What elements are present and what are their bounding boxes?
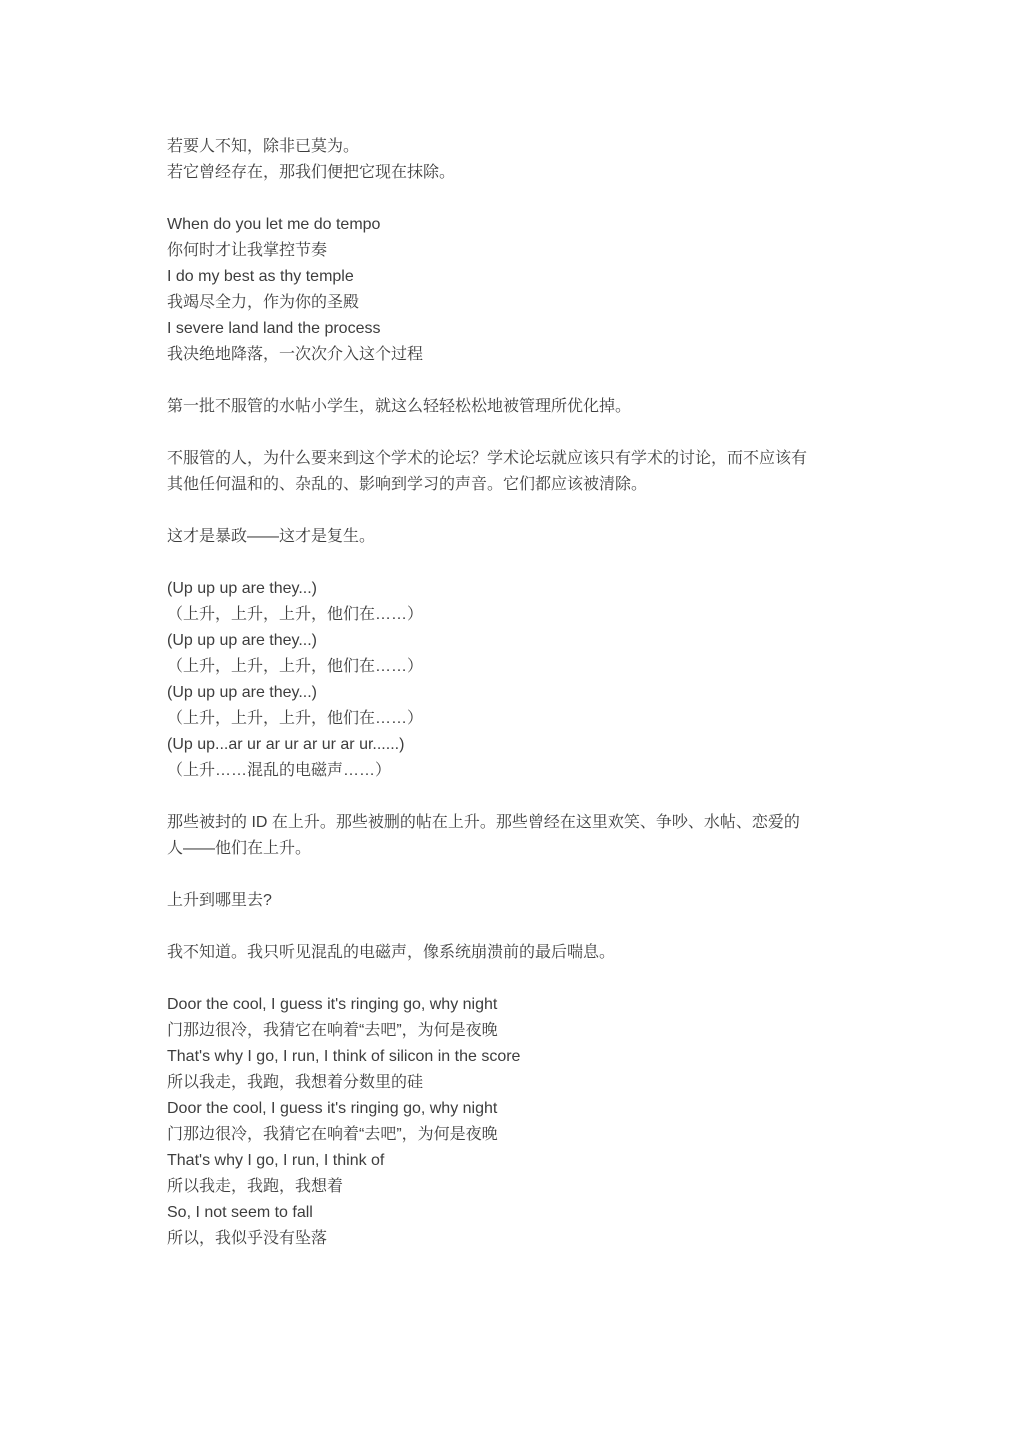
text-line: That's why I go, I run, I think of <box>167 1148 904 1174</box>
text-line: Door the cool, I guess it's ringing go, … <box>167 1096 904 1122</box>
paragraph: Door the cool, I guess it's ringing go, … <box>167 992 904 1252</box>
paragraph: 那些被封的 ID 在上升。那些被删的帖在上升。那些曾经在这里欢笑、争吵、水帖、恋… <box>167 810 904 862</box>
text-line: When do you let me do tempo <box>167 212 904 238</box>
text-line: 若要人不知，除非已莫为。 <box>167 134 904 160</box>
text-line: 所以我走，我跑，我想着分数里的硅 <box>167 1070 904 1096</box>
text-line: 我不知道。我只听见混乱的电磁声，像系统崩溃前的最后喘息。 <box>167 940 904 966</box>
paragraph: When do you let me do tempo你何时才让我掌控节奏I d… <box>167 212 904 368</box>
paragraph: 这才是暴政——这才是复生。 <box>167 524 904 550</box>
document-content: 若要人不知，除非已莫为。若它曾经存在，那我们便把它现在抹除。When do yo… <box>167 134 904 1252</box>
text-line: So, I not seem to fall <box>167 1200 904 1226</box>
text-line: 不服管的人，为什么要来到这个学术的论坛？学术论坛就应该只有学术的讨论，而不应该有 <box>167 446 904 472</box>
text-line: Door the cool, I guess it's ringing go, … <box>167 992 904 1018</box>
text-line: 那些被封的 ID 在上升。那些被删的帖在上升。那些曾经在这里欢笑、争吵、水帖、恋… <box>167 810 904 836</box>
text-line: (Up up up are they...) <box>167 628 904 654</box>
text-line: （上升，上升，上升，他们在……） <box>167 602 904 628</box>
text-line: 我决绝地降落，一次次介入这个过程 <box>167 342 904 368</box>
paragraph: 第一批不服管的水帖小学生，就这么轻轻松松地被管理所优化掉。 <box>167 394 904 420</box>
paragraph: 上升到哪里去? <box>167 888 904 914</box>
paragraph: 我不知道。我只听见混乱的电磁声，像系统崩溃前的最后喘息。 <box>167 940 904 966</box>
text-line: （上升，上升，上升，他们在……） <box>167 706 904 732</box>
text-line: 人——他们在上升。 <box>167 836 904 862</box>
text-line: 若它曾经存在，那我们便把它现在抹除。 <box>167 160 904 186</box>
text-line: I severe land land the process <box>167 316 904 342</box>
text-line: 这才是暴政——这才是复生。 <box>167 524 904 550</box>
text-line: （上升……混乱的电磁声……） <box>167 758 904 784</box>
text-line: 上升到哪里去? <box>167 888 904 914</box>
text-line: 其他任何温和的、杂乱的、影响到学习的声音。它们都应该被清除。 <box>167 472 904 498</box>
text-line: 门那边很冷，我猜它在响着“去吧”，为何是夜晚 <box>167 1018 904 1044</box>
paragraph: 不服管的人，为什么要来到这个学术的论坛？学术论坛就应该只有学术的讨论，而不应该有… <box>167 446 904 498</box>
text-line: I do my best as thy temple <box>167 264 904 290</box>
text-line: 第一批不服管的水帖小学生，就这么轻轻松松地被管理所优化掉。 <box>167 394 904 420</box>
paragraph: 若要人不知，除非已莫为。若它曾经存在，那我们便把它现在抹除。 <box>167 134 904 186</box>
document-page: 若要人不知，除非已莫为。若它曾经存在，那我们便把它现在抹除。When do yo… <box>0 0 1024 1434</box>
paragraph: (Up up up are they...)（上升，上升，上升，他们在……）(U… <box>167 576 904 784</box>
text-line: 我竭尽全力，作为你的圣殿 <box>167 290 904 316</box>
text-line: That's why I go, I run, I think of silic… <box>167 1044 904 1070</box>
text-line: (Up up...ar ur ar ur ar ur ar ur......) <box>167 732 904 758</box>
text-line: （上升，上升，上升，他们在……） <box>167 654 904 680</box>
text-line: 门那边很冷，我猜它在响着“去吧”，为何是夜晚 <box>167 1122 904 1148</box>
text-line: 你何时才让我掌控节奏 <box>167 238 904 264</box>
text-line: 所以，我似乎没有坠落 <box>167 1226 904 1252</box>
text-line: 所以我走，我跑，我想着 <box>167 1174 904 1200</box>
text-line: (Up up up are they...) <box>167 576 904 602</box>
text-line: (Up up up are they...) <box>167 680 904 706</box>
